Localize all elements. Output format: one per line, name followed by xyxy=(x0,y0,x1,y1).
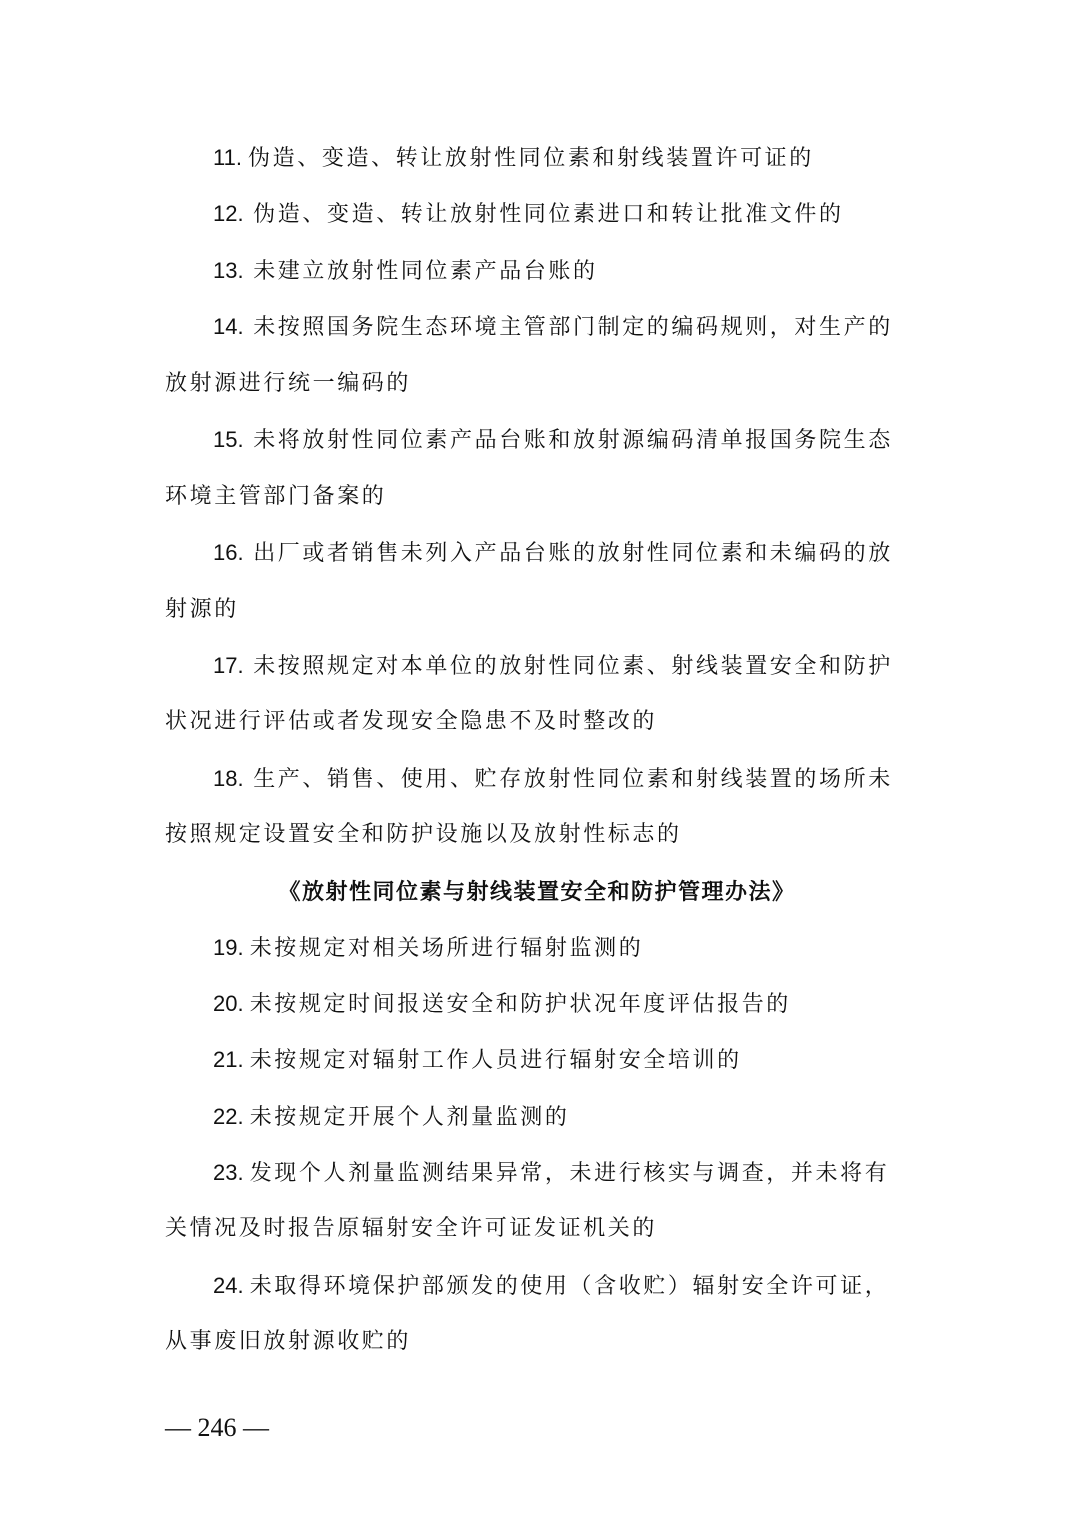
list-item: 14. 未按照国务院生态环境主管部门制定的编码规则，对生产的 xyxy=(213,312,973,343)
item-text: 未按规定时间报送安全和防护状况年度评估报告的 xyxy=(250,992,791,1017)
item-number: 16. xyxy=(213,540,244,565)
item-continuation: 按照规定设置安全和防护设施以及放射性标志的 xyxy=(165,820,925,850)
item-text: 未按照国务院生态环境主管部门制定的编码规则，对生产的 xyxy=(253,315,893,340)
item-number: 19. xyxy=(213,935,250,960)
item-number: 12. xyxy=(213,201,244,226)
list-item: 17. 未按照规定对本单位的放射性同位素、射线装置安全和防护 xyxy=(213,651,973,682)
item-number: 20. xyxy=(213,991,250,1016)
item-continuation: 放射源进行统一编码的 xyxy=(165,369,925,399)
list-item: 19. 未按规定对相关场所进行辐射监测的 xyxy=(213,933,973,964)
item-text: 伪造、变造、转让放射性同位素进口和转让批准文件的 xyxy=(253,202,843,227)
list-item: 23. 发现个人剂量监测结果异常，未进行核实与调查，并未将有 xyxy=(213,1158,973,1189)
item-text: 未按规定对辐射工作人员进行辐射安全培训的 xyxy=(250,1048,742,1073)
item-text: 伪造、变造、转让放射性同位素和射线装置许可证的 xyxy=(248,146,814,171)
item-number: 11. xyxy=(213,145,248,170)
page-number: — 246 — xyxy=(165,1413,269,1443)
item-continuation: 状况进行评估或者发现安全隐患不及时整改的 xyxy=(165,707,925,737)
item-continuation: 关情况及时报告原辐射安全许可证发证机关的 xyxy=(165,1214,925,1244)
item-number: 13. xyxy=(213,258,244,283)
list-item: 24. 未取得环境保护部颁发的使用（含收贮）辐射安全许可证， xyxy=(213,1271,973,1302)
list-item: 15. 未将放射性同位素产品台账和放射源编码清单报国务院生态 xyxy=(213,425,973,456)
list-item: 18. 生产、销售、使用、贮存放射性同位素和射线装置的场所未 xyxy=(213,764,973,795)
item-number: 18. xyxy=(213,766,244,791)
item-number: 17. xyxy=(213,653,244,678)
item-text: 未按规定对相关场所进行辐射监测的 xyxy=(250,936,644,961)
item-text: 未按照规定对本单位的放射性同位素、射线装置安全和防护 xyxy=(253,654,893,679)
item-text: 生产、销售、使用、贮存放射性同位素和射线装置的场所未 xyxy=(253,767,893,792)
item-number: 21. xyxy=(213,1047,250,1072)
item-continuation: 射源的 xyxy=(165,595,925,625)
list-item: 20. 未按规定时间报送安全和防护状况年度评估报告的 xyxy=(213,989,973,1020)
item-text: 未按规定开展个人剂量监测的 xyxy=(250,1105,570,1130)
item-number: 14. xyxy=(213,314,244,339)
item-text: 未将放射性同位素产品台账和放射源编码清单报国务院生态 xyxy=(253,428,893,453)
document-page: 11. 伪造、变造、转让放射性同位素和射线装置许可证的 12. 伪造、变造、转让… xyxy=(0,0,1074,1520)
list-item: 13. 未建立放射性同位素产品台账的 xyxy=(213,256,973,287)
item-number: 22. xyxy=(213,1104,250,1129)
item-text: 出厂或者销售未列入产品台账的放射性同位素和未编码的放 xyxy=(253,541,893,566)
item-text: 发现个人剂量监测结果异常，未进行核实与调查，并未将有 xyxy=(250,1161,890,1186)
item-text: 未取得环境保护部颁发的使用（含收贮）辐射安全许可证， xyxy=(250,1274,890,1299)
item-continuation: 环境主管部门备案的 xyxy=(165,482,925,512)
list-item: 16. 出厂或者销售未列入产品台账的放射性同位素和未编码的放 xyxy=(213,538,973,569)
item-number: 24. xyxy=(213,1273,250,1298)
list-item: 21. 未按规定对辐射工作人员进行辐射安全培训的 xyxy=(213,1045,973,1076)
item-continuation: 从事废旧放射源收贮的 xyxy=(165,1327,925,1357)
list-item: 22. 未按规定开展个人剂量监测的 xyxy=(213,1102,973,1133)
section-heading: 《放射性同位素与射线装置安全和防护管理办法》 xyxy=(0,877,1074,907)
list-item: 12. 伪造、变造、转让放射性同位素进口和转让批准文件的 xyxy=(213,199,973,230)
list-item: 11. 伪造、变造、转让放射性同位素和射线装置许可证的 xyxy=(213,143,973,174)
item-number: 15. xyxy=(213,427,244,452)
item-number: 23. xyxy=(213,1160,250,1185)
item-text: 未建立放射性同位素产品台账的 xyxy=(253,259,597,284)
